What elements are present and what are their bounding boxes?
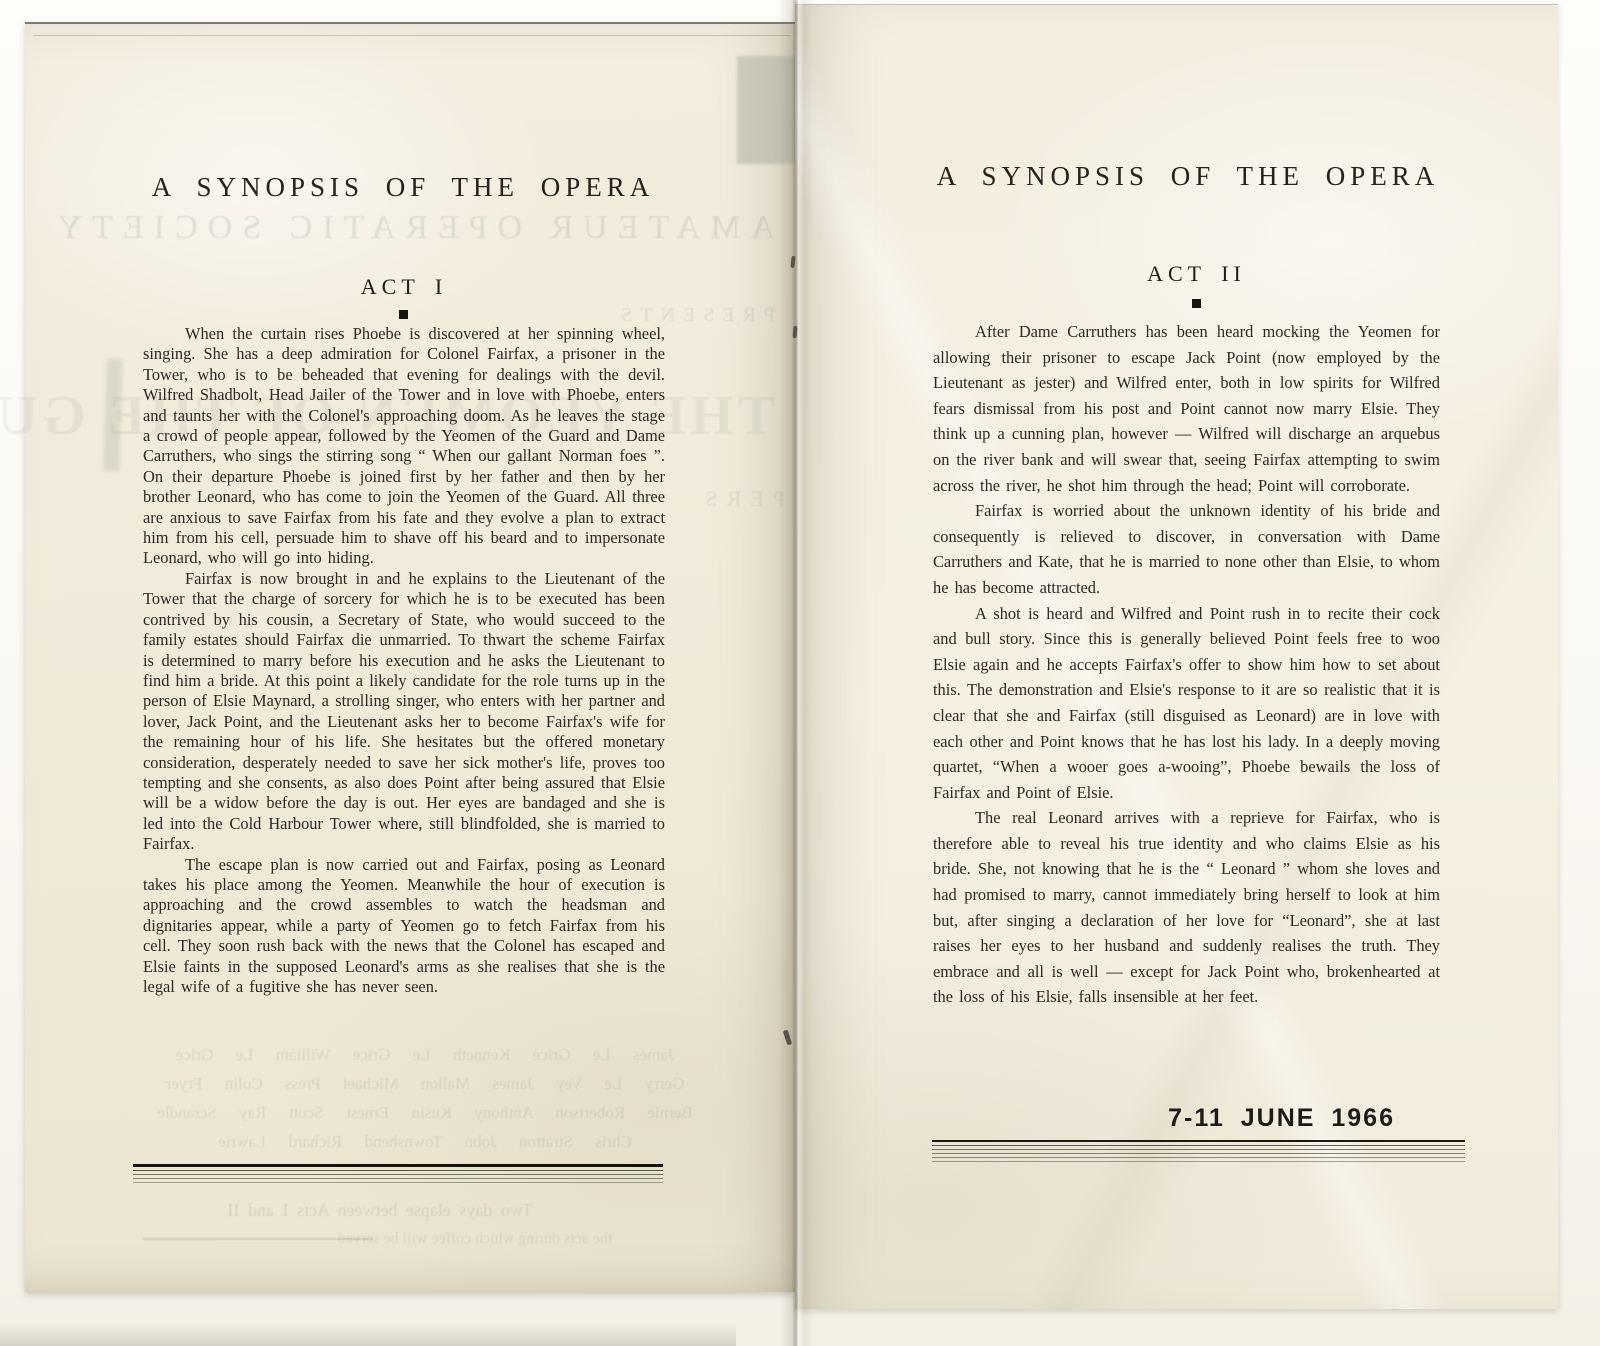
synopsis-paragraph: Fairfax is worried about the unknown ide…	[933, 498, 1440, 600]
synopsis-paragraph: A shot is heard and Wilfred and Point ru…	[933, 601, 1440, 806]
ghost-society-line: AMATEUR OPERATIC SOCIETY	[55, 209, 775, 247]
programme-scan: AMATEUR OPERATIC SOCIETY PRESENTS THE YE…	[0, 0, 1600, 1346]
page-title: A SYNOPSIS OF THE OPERA	[123, 172, 683, 203]
ghost-ink-blob	[103, 359, 123, 471]
divider-rule-block	[932, 1140, 1465, 1162]
ghost-cast-row: Gerry Le Vey James Mallon Michael Press …	[115, 1069, 735, 1098]
performance-dates: 7-11 JUNE 1966	[933, 1104, 1395, 1133]
synopsis-paragraph: The escape plan is now carried out and F…	[143, 855, 665, 998]
synopsis-paragraph: When the curtain rises Phoebe is discove…	[143, 324, 665, 569]
synopsis-act2-text: After Dame Carruthers has been heard moc…	[933, 319, 1440, 1010]
ghost-cast-row: James Le Grice Kenneth Le Grice William …	[115, 1040, 735, 1069]
page-title: A SYNOPSIS OF THE OPERA	[903, 161, 1473, 192]
ghost-refreshment-note: the acts during which coffee will be ser…	[315, 1230, 635, 1248]
ghost-cast-list: James Le Grice Kenneth Le Grice William …	[115, 1040, 735, 1156]
synopsis-paragraph: After Dame Carruthers has been heard moc…	[933, 319, 1440, 498]
ghost-cast-row: Bernie Robertson Anthony Kusin Ernest Sc…	[115, 1098, 735, 1127]
ghost-cast-row: Chris Stratton John Townshend Richard La…	[115, 1127, 735, 1156]
staple-mark	[793, 326, 798, 338]
divider-rule-block	[133, 1164, 663, 1183]
synopsis-paragraph: Fairfax is now brought in and he explain…	[143, 569, 665, 855]
right-page: A SYNOPSIS OF THE OPERA ACT II After Dam…	[795, 4, 1558, 1309]
synopsis-act1-text: When the curtain rises Phoebe is discove…	[143, 324, 665, 997]
ghost-interval-note: Two days elapse between Acts I and II	[215, 1200, 545, 1221]
act-marker-square	[1192, 299, 1201, 308]
act-marker-square	[399, 310, 408, 319]
ghost-rule	[143, 1238, 373, 1240]
ghost-cover-image-block	[737, 56, 797, 164]
synopsis-paragraph: The real Leonard arrives with a reprieve…	[933, 805, 1440, 1010]
act-heading: ACT I	[143, 274, 665, 300]
act-heading: ACT II	[943, 261, 1450, 287]
left-page: AMATEUR OPERATIC SOCIETY PRESENTS THE YE…	[25, 22, 795, 1292]
